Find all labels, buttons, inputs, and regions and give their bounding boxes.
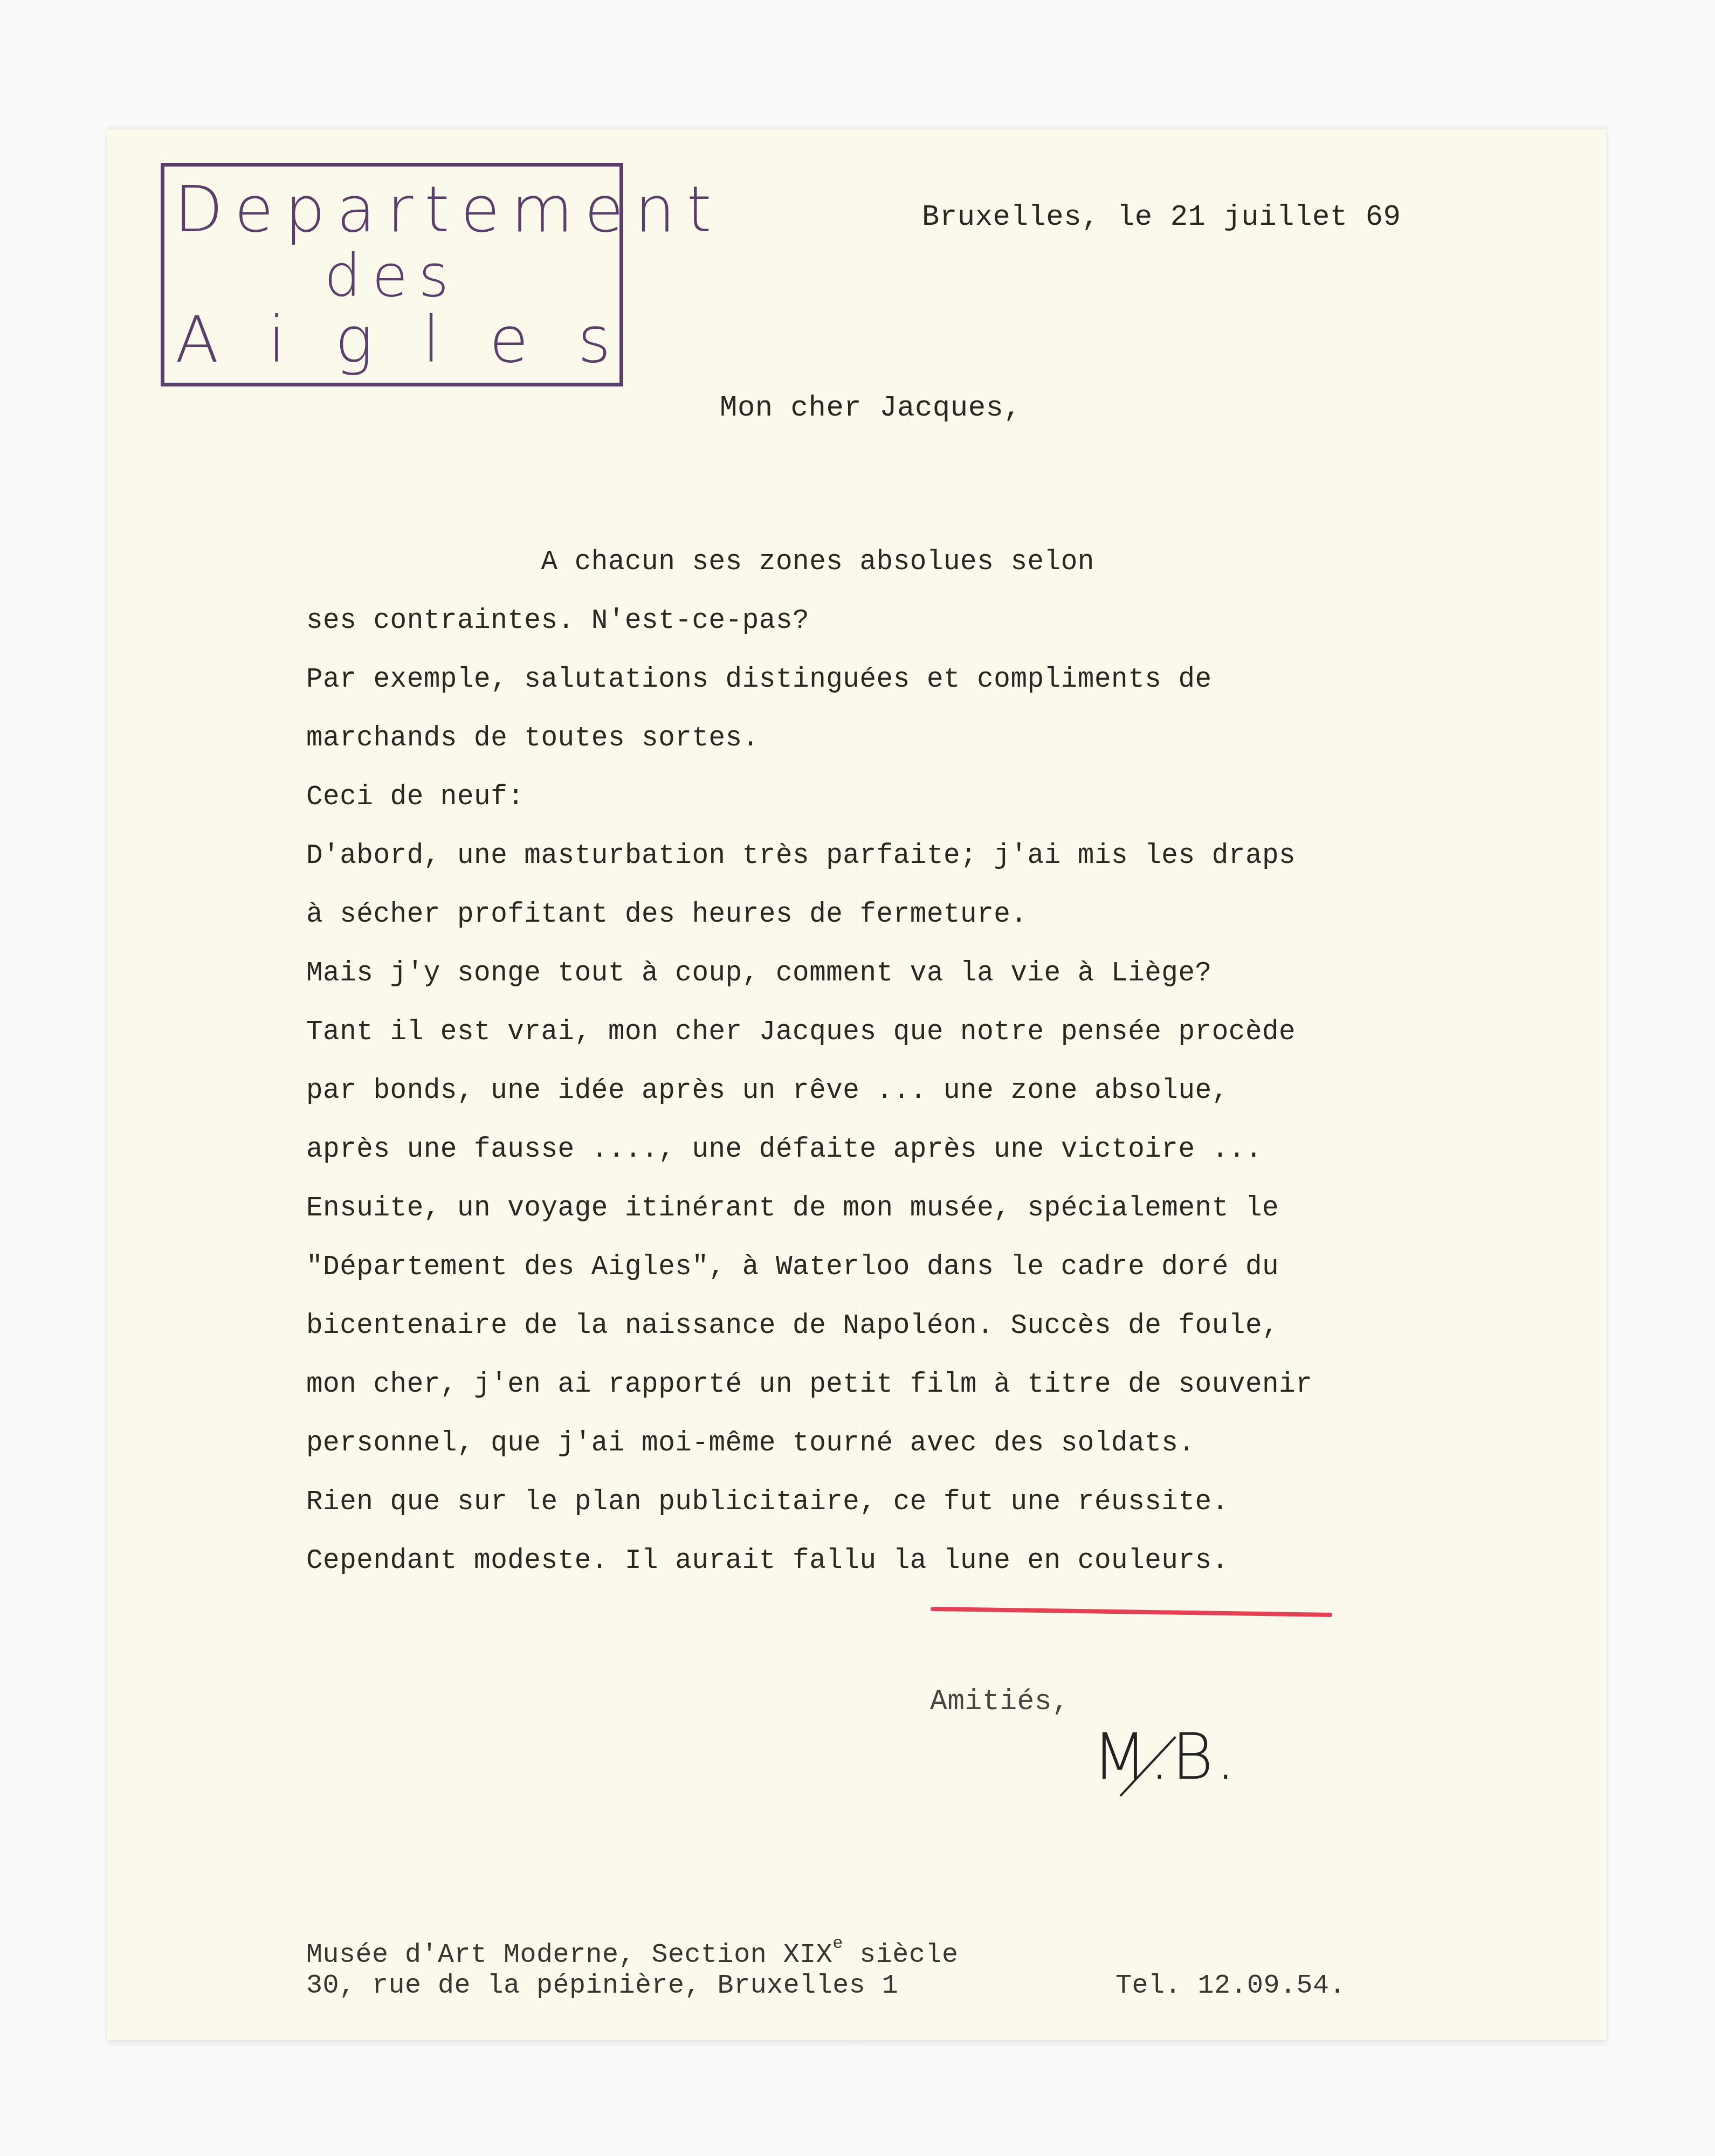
red-pencil-underline <box>931 1607 1332 1617</box>
letter-sheet: Departement des A i g l e s Bruxelles, l… <box>107 129 1607 2040</box>
body-line: mon cher, j'en ai rapporté un petit film… <box>306 1371 1312 1399</box>
stamp-letter: l <box>422 308 440 371</box>
body-line: Tant il est vrai, mon cher Jacques que n… <box>306 1019 1296 1046</box>
body-line-with-strikeout: D'abord, une masturbation très parfaite;… <box>306 842 1296 870</box>
body-line: "Département des Aigles", à Waterloo dan… <box>306 1254 1279 1281</box>
stamp-line-3: A i g l e s <box>175 308 611 371</box>
stamp-letter: s <box>577 308 610 371</box>
body-line: Ensuite, un voyage itinérant de mon musé… <box>306 1195 1279 1222</box>
footer-line-1: Musée d'Art Moderne, Section XIXe siècle <box>306 1935 958 1969</box>
footer-address: 30, rue de la pépinière, Bruxelles 1 <box>306 1973 898 2000</box>
body-line: Ceci de neuf: <box>306 784 524 811</box>
department-stamp: Departement des A i g l e s <box>161 163 623 386</box>
body-line: après une fausse ...., une défaite après… <box>306 1136 1262 1164</box>
stamp-line-1: Departement <box>174 177 723 241</box>
body-line: marchands de toutes sortes. <box>306 725 759 752</box>
footer-superscript: e <box>832 1933 843 1953</box>
stamp-letter: g <box>335 308 373 371</box>
body-line: bicentenaire de la naissance de Napoléon… <box>306 1312 1279 1340</box>
stamp-letter: i <box>268 308 286 371</box>
footer-museum: Musée d'Art Moderne, Section XIX <box>306 1940 832 1971</box>
letter-date: Bruxelles, le 21 juillet 69 <box>922 203 1401 232</box>
stamp-letter: A <box>175 308 219 371</box>
footer-century: siècle <box>843 1940 959 1971</box>
body-line: par bonds, une idée après un rêve ... un… <box>306 1077 1229 1105</box>
stamp-letter: e <box>490 308 529 371</box>
body-line: Rien que sur le plan publicitaire, ce fu… <box>306 1489 1229 1516</box>
stamp-line-2: des <box>164 247 619 306</box>
body-line: A chacun ses zones absolues selon <box>306 549 1094 576</box>
letter-closing: Amitiés, <box>930 1688 1069 1716</box>
body-line: ses contraintes. N'est-ce-pas? <box>306 607 809 635</box>
body-line: Mais j'y songe tout à coup, comment va l… <box>306 960 1212 987</box>
body-line: à sécher profitant des heures de fermetu… <box>306 901 1028 929</box>
letter-salutation: Mon cher Jacques, <box>720 394 1021 423</box>
body-line: Par exemple, salutations distinguées et … <box>306 666 1212 694</box>
signature: M.B. <box>1092 1719 1238 1794</box>
body-line: personnel, que j'ai moi-même tourné avec… <box>306 1430 1195 1457</box>
body-line-underlined: Cependant modeste. Il aurait fallu la lu… <box>306 1547 1229 1575</box>
footer-phone: Tel. 12.09.54. <box>1115 1973 1346 2000</box>
